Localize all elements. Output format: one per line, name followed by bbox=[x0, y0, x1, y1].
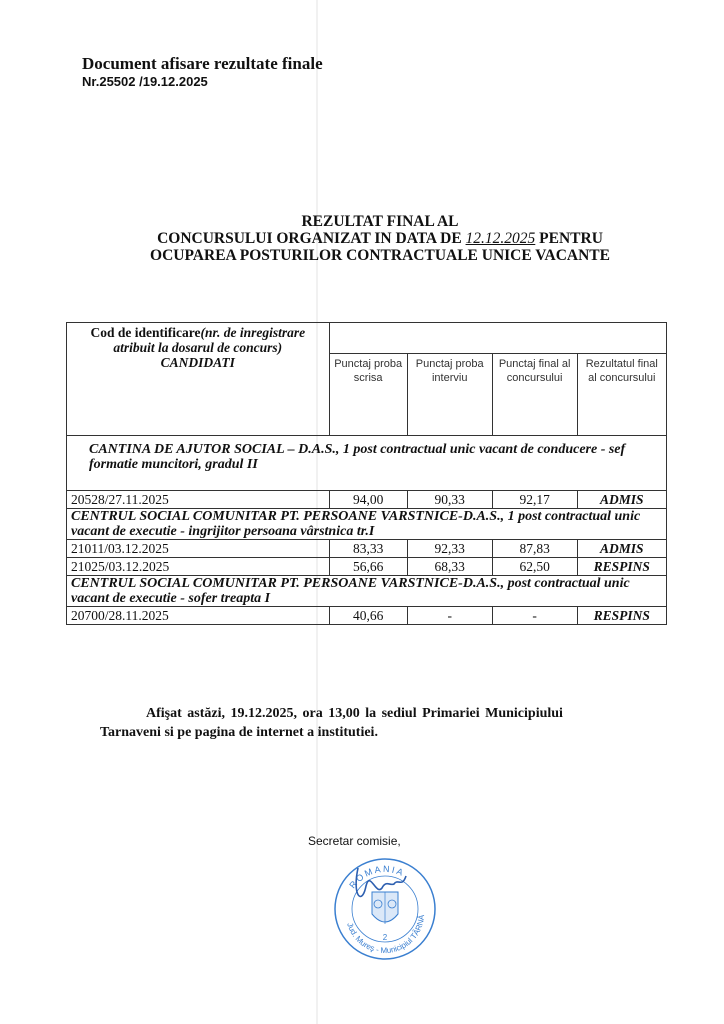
table-row: 21025/03.12.202556,6668,3362,50RESPINS bbox=[67, 558, 667, 576]
candidate-code: 21025/03.12.2025 bbox=[67, 558, 330, 576]
signature-label: Secretar comisie, bbox=[308, 834, 401, 848]
results-table: Cod de identificare(nr. de inregistrare … bbox=[66, 322, 667, 625]
interview-score: 68,33 bbox=[407, 558, 492, 576]
interview-score: 90,33 bbox=[407, 491, 492, 509]
result-status: ADMIS bbox=[577, 540, 666, 558]
result-status: ADMIS bbox=[577, 491, 666, 509]
final-score: 62,50 bbox=[492, 558, 577, 576]
svg-text:2: 2 bbox=[383, 933, 388, 942]
result-status: RESPINS bbox=[577, 607, 666, 625]
posting-notice-line-1: Afişat astăzi, 19.12.2025, ora 13,00 la … bbox=[100, 704, 563, 723]
heading-line-1: REZULTAT FINAL AL bbox=[120, 213, 640, 230]
table-header-row: Cod de identificare(nr. de inregistrare … bbox=[67, 323, 667, 354]
section-title-row: CENTRUL SOCIAL COMUNITAR PT. PERSOANE VA… bbox=[67, 576, 667, 607]
table-row: 20700/28.11.202540,66--RESPINS bbox=[67, 607, 667, 625]
interview-score: - bbox=[407, 607, 492, 625]
table-row: 20528/27.11.202594,0090,3392,17ADMIS bbox=[67, 491, 667, 509]
result-status: RESPINS bbox=[577, 558, 666, 576]
heading-line-3: OCUPAREA POSTURILOR CONTRACTUALE UNICE V… bbox=[120, 247, 640, 264]
final-score: 87,83 bbox=[492, 540, 577, 558]
written-score: 83,33 bbox=[329, 540, 407, 558]
official-stamp-icon: ROMANIA Jud. Mureş - Municipiul TÂRNĂVEN… bbox=[332, 856, 438, 962]
header-candidate-code: Cod de identificare(nr. de inregistrare … bbox=[67, 323, 330, 436]
written-score: 56,66 bbox=[329, 558, 407, 576]
results-heading: REZULTAT FINAL AL CONCURSULUI ORGANIZAT … bbox=[120, 213, 640, 264]
candidate-code: 20700/28.11.2025 bbox=[67, 607, 330, 625]
header-written-score: Punctaj proba scrisa bbox=[329, 354, 407, 436]
interview-score: 92,33 bbox=[407, 540, 492, 558]
document-title: Document afisare rezultate finale bbox=[82, 54, 323, 74]
header-blank-cell bbox=[329, 323, 666, 354]
final-score: - bbox=[492, 607, 577, 625]
final-score: 92,17 bbox=[492, 491, 577, 509]
written-score: 40,66 bbox=[329, 607, 407, 625]
candidate-code: 20528/27.11.2025 bbox=[67, 491, 330, 509]
posting-notice-line-2: Tarnaveni si pe pagina de internet a ins… bbox=[100, 723, 563, 742]
heading-line-2: CONCURSULUI ORGANIZAT IN DATA DE 12.12.2… bbox=[120, 230, 640, 247]
table-row: 21011/03.12.202583,3392,3387,83ADMIS bbox=[67, 540, 667, 558]
section-title: CENTRUL SOCIAL COMUNITAR PT. PERSOANE VA… bbox=[67, 509, 667, 540]
header-final-score: Punctaj final al concursului bbox=[492, 354, 577, 436]
contest-date: 12.12.2025 bbox=[466, 230, 536, 247]
section-title-row: CANTINA DE AJUTOR SOCIAL – D.A.S., 1 pos… bbox=[67, 436, 667, 491]
section-title-row: CENTRUL SOCIAL COMUNITAR PT. PERSOANE VA… bbox=[67, 509, 667, 540]
section-title: CANTINA DE AJUTOR SOCIAL – D.A.S., 1 pos… bbox=[67, 436, 667, 491]
header-final-result: Rezultatul final al concursului bbox=[577, 354, 666, 436]
written-score: 94,00 bbox=[329, 491, 407, 509]
section-title: CENTRUL SOCIAL COMUNITAR PT. PERSOANE VA… bbox=[67, 576, 667, 607]
document-number: Nr.25502 /19.12.2025 bbox=[82, 74, 208, 89]
header-interview-score: Punctaj proba interviu bbox=[407, 354, 492, 436]
candidate-code: 21011/03.12.2025 bbox=[67, 540, 330, 558]
posting-notice: Afişat astăzi, 19.12.2025, ora 13,00 la … bbox=[100, 704, 563, 742]
